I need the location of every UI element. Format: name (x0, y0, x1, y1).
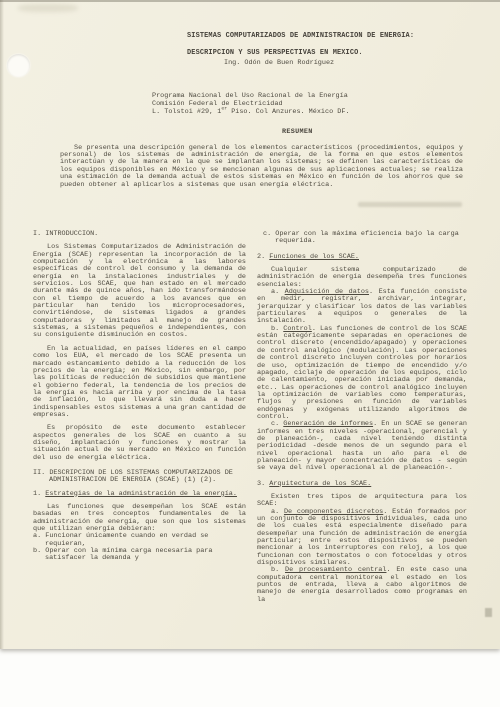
intro-paragraph-1: Los Sistemas Computarizados de Administr… (33, 244, 246, 339)
punch-hole (7, 54, 30, 77)
affiliation-block: Programa Nacional del Uso Racional de la… (152, 93, 349, 117)
abstract-paragraph: Se presenta una descripción general de l… (60, 145, 463, 189)
function-item-adquisicion: a. Adquisición de datos. Esta función co… (257, 289, 467, 326)
architecture-item-procesamiento-central: b. De procesamiento central. En este cas… (257, 567, 467, 604)
scan-smudge (485, 608, 492, 617)
arquitectura-intro-paragraph: Existen tres tipos de arquitectura para … (257, 494, 467, 509)
funciones-intro-paragraph: Cualquier sistema computarizado de admin… (257, 267, 467, 289)
subsection-heading-arquitectura: 3. Arquitectura de los SCAE. (257, 481, 467, 488)
document-title-line1: SISTEMAS COMPUTARIZADOS DE ADMINISTRACIO… (187, 32, 467, 40)
intro-paragraph-2: En la actualidad, en países líderes en e… (33, 346, 246, 419)
strategy-item-a: a. Funcionar únicamente cuando en verdad… (33, 533, 246, 548)
architecture-item-componentes-discretos: a. De componentes discretos. Están forma… (257, 509, 467, 568)
strategy-item-b: b. Operar con la mínima carga necesaria … (33, 548, 246, 563)
scan-smudge (358, 202, 462, 207)
subsection-heading-estrategias: 1. Estrategias de la administración de l… (33, 491, 246, 498)
affiliation-address: L. Tolstoi #29, 1er Piso. Col Anzures. M… (152, 109, 349, 117)
document-title-line2: DESCRIPCION Y SUS PERSPECTIVAS EN MEXICO… (187, 49, 467, 57)
author-name: Ing. Odón de Buen Rodríguez (224, 59, 334, 67)
scanned-page: SISTEMAS COMPUTARIZADOS DE ADMINISTRACIO… (0, 0, 500, 649)
subsection-heading-funciones: 2. Funciones de los SCAE. (257, 254, 467, 261)
estrategias-paragraph: Las funciones que desempeñan los SCAE es… (33, 504, 246, 533)
section-heading-introduccion: I. INTRODUCCION. (33, 231, 246, 238)
strategy-item-c: c. Operar con la máxima eficiencia bajo … (263, 231, 467, 246)
scan-left-edge (0, 0, 4, 649)
abstract-heading: RESUMEN (282, 128, 313, 136)
scan-smudge (18, 4, 78, 12)
left-column: I. INTRODUCCION. Los Sistemas Computariz… (33, 231, 246, 563)
intro-paragraph-3: Es propósito de este documento establece… (33, 425, 246, 462)
section-heading-descripcion: II. DESCRIPCION DE LOS SISTEMAS COMPUTAR… (33, 470, 246, 485)
function-item-control: b. Control. Las funciones de control de … (257, 326, 467, 421)
function-item-generacion-informes: c. Generación de informes. En un SCAE se… (257, 421, 467, 472)
scan-top-edge (0, 0, 500, 2)
right-column: c. Operar con la máxima eficiencia bajo … (257, 231, 467, 604)
